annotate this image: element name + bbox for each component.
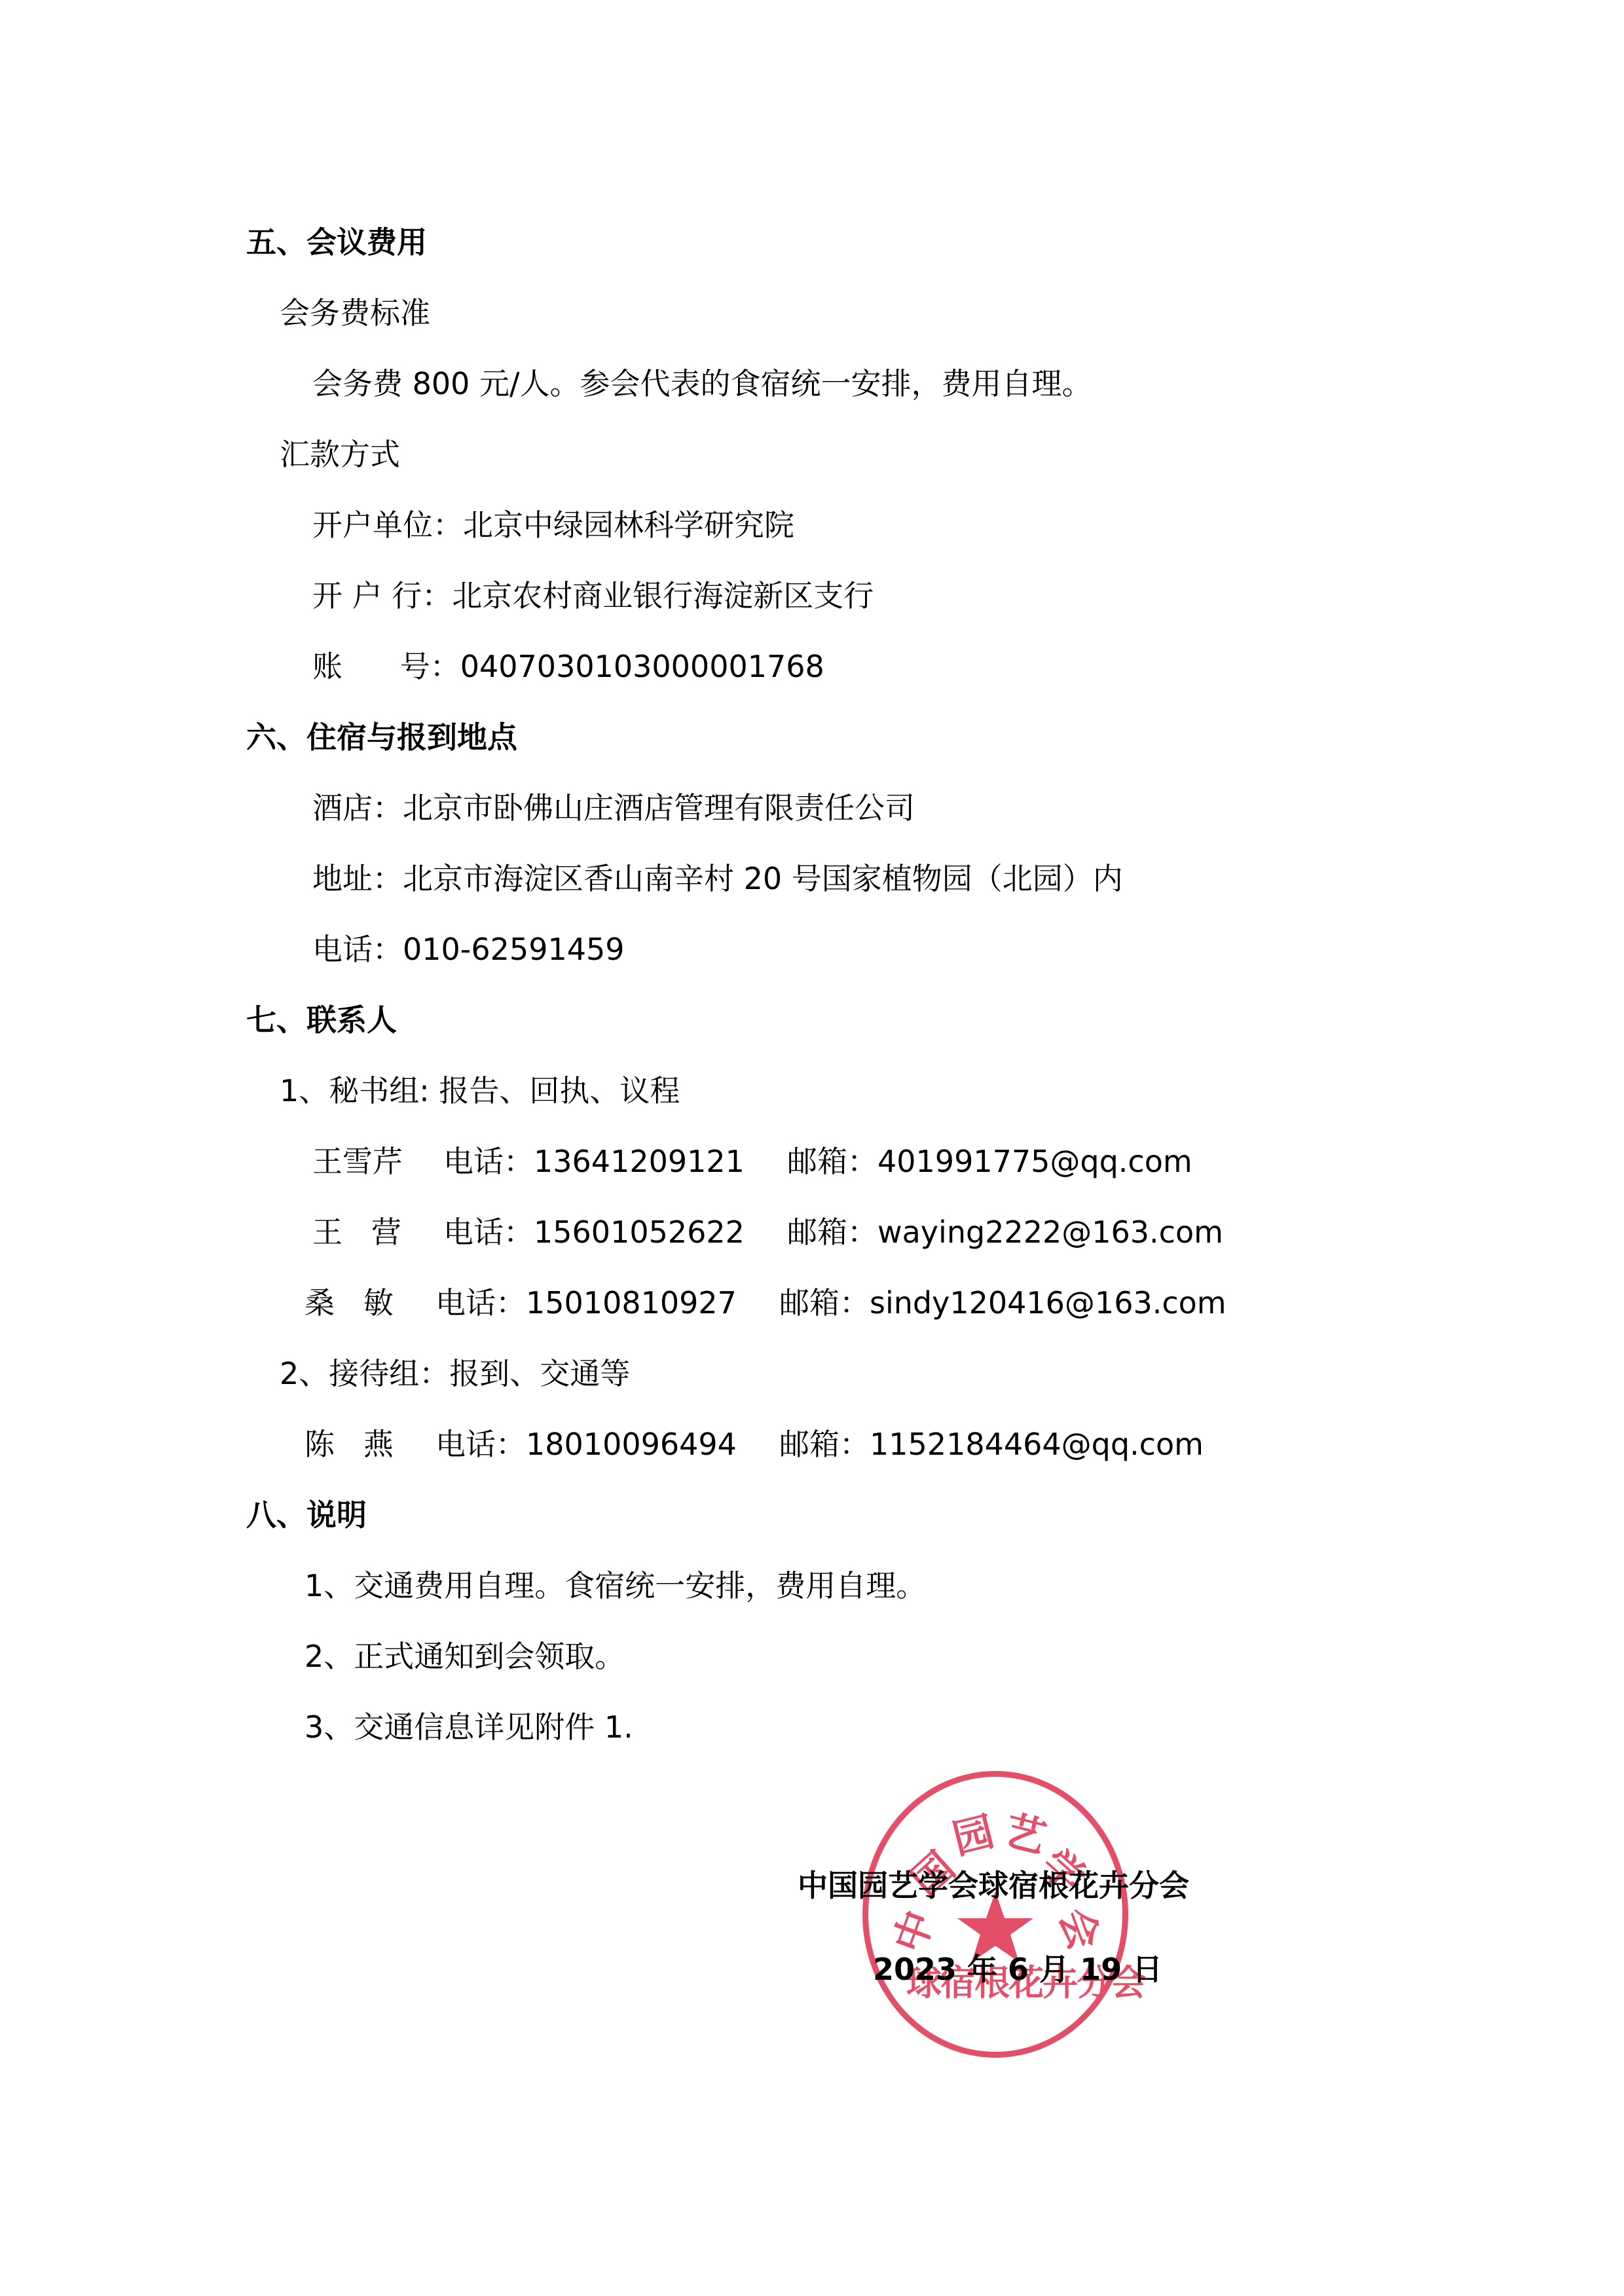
hotel-name: 酒店：北京市卧佛山庄酒店管理有限责任公司 (312, 788, 915, 828)
contact-name: 陈 燕 (304, 1425, 394, 1464)
payment-method-label: 汇款方式 (280, 435, 400, 474)
contact-row: 王 营 电话：15601052622 邮箱：waying2222@163.com (312, 1212, 1426, 1252)
contact-name: 王雪芹 (312, 1142, 403, 1181)
account-name: 开户单位：北京中绿园林科学研究院 (312, 505, 794, 545)
contact-row: 王雪芹 电话：13641209121 邮箱：401991775@qq.com (312, 1142, 1426, 1181)
hotel-phone: 电话：010-62591459 (312, 930, 625, 969)
signature-date: 2023 年 6 月 19 日 (873, 1951, 1162, 1988)
contact-email: 邮箱：waying2222@163.com (787, 1212, 1223, 1252)
official-seal: 中 国 园 艺 学 会 球宿根花卉分会 (862, 1771, 1128, 2058)
contact-name: 桑 敏 (304, 1283, 394, 1322)
contact-row: 桑 敏 电话：15010810927 邮箱：sindy120416@163.co… (304, 1283, 1418, 1322)
note-item: 2、正式通知到会领取。 (304, 1637, 625, 1676)
section-heading-notes: 八、说明 (246, 1495, 367, 1535)
contact-email: 邮箱：401991775@qq.com (787, 1142, 1192, 1181)
section-heading-accommodation: 六、住宿与报到地点 (246, 718, 517, 757)
contact-row: 陈 燕 电话：18010096494 邮箱：1152184464@qq.com (304, 1425, 1418, 1464)
contact-name: 王 营 (312, 1212, 401, 1252)
signature-organization: 中国园艺学会球宿根花卉分会 (798, 1867, 1189, 1904)
contact-phone: 电话：15010810927 (435, 1283, 737, 1322)
fee-standard-text: 会务费 800 元/人。参会代表的食宿统一安排，费用自理。 (312, 364, 1092, 403)
note-item: 3、交通信息详见附件 1. (304, 1707, 633, 1747)
section-heading-contacts: 七、联系人 (246, 1000, 397, 1040)
secretariat-group-label: 1、秘书组: 报告、回执、议程 (280, 1071, 680, 1110)
contact-phone: 电话：18010096494 (435, 1425, 737, 1464)
hotel-address: 地址：北京市海淀区香山南辛村 20 号国家植物园（北园）内 (312, 859, 1123, 898)
contact-phone: 电话：15601052622 (443, 1212, 745, 1252)
reception-group-label: 2、接待组：报到、交通等 (280, 1354, 630, 1393)
fee-standard-label: 会务费标准 (280, 293, 430, 333)
section-heading-fees: 五、会议费用 (246, 223, 427, 262)
bank-name: 开 户 行：北京农村商业银行海淀新区支行 (312, 576, 874, 615)
account-number: 账 号：0407030103000001768 (312, 647, 824, 686)
note-item: 1、交通费用自理。食宿统一安排，费用自理。 (304, 1566, 926, 1605)
contact-email: 邮箱：sindy120416@163.com (779, 1283, 1227, 1322)
document-page: 五、会议费用 会务费标准 会务费 800 元/人。参会代表的食宿统一安排，费用自… (0, 0, 1624, 2296)
contact-phone: 电话：13641209121 (443, 1142, 745, 1181)
contact-email: 邮箱：1152184464@qq.com (779, 1425, 1204, 1464)
